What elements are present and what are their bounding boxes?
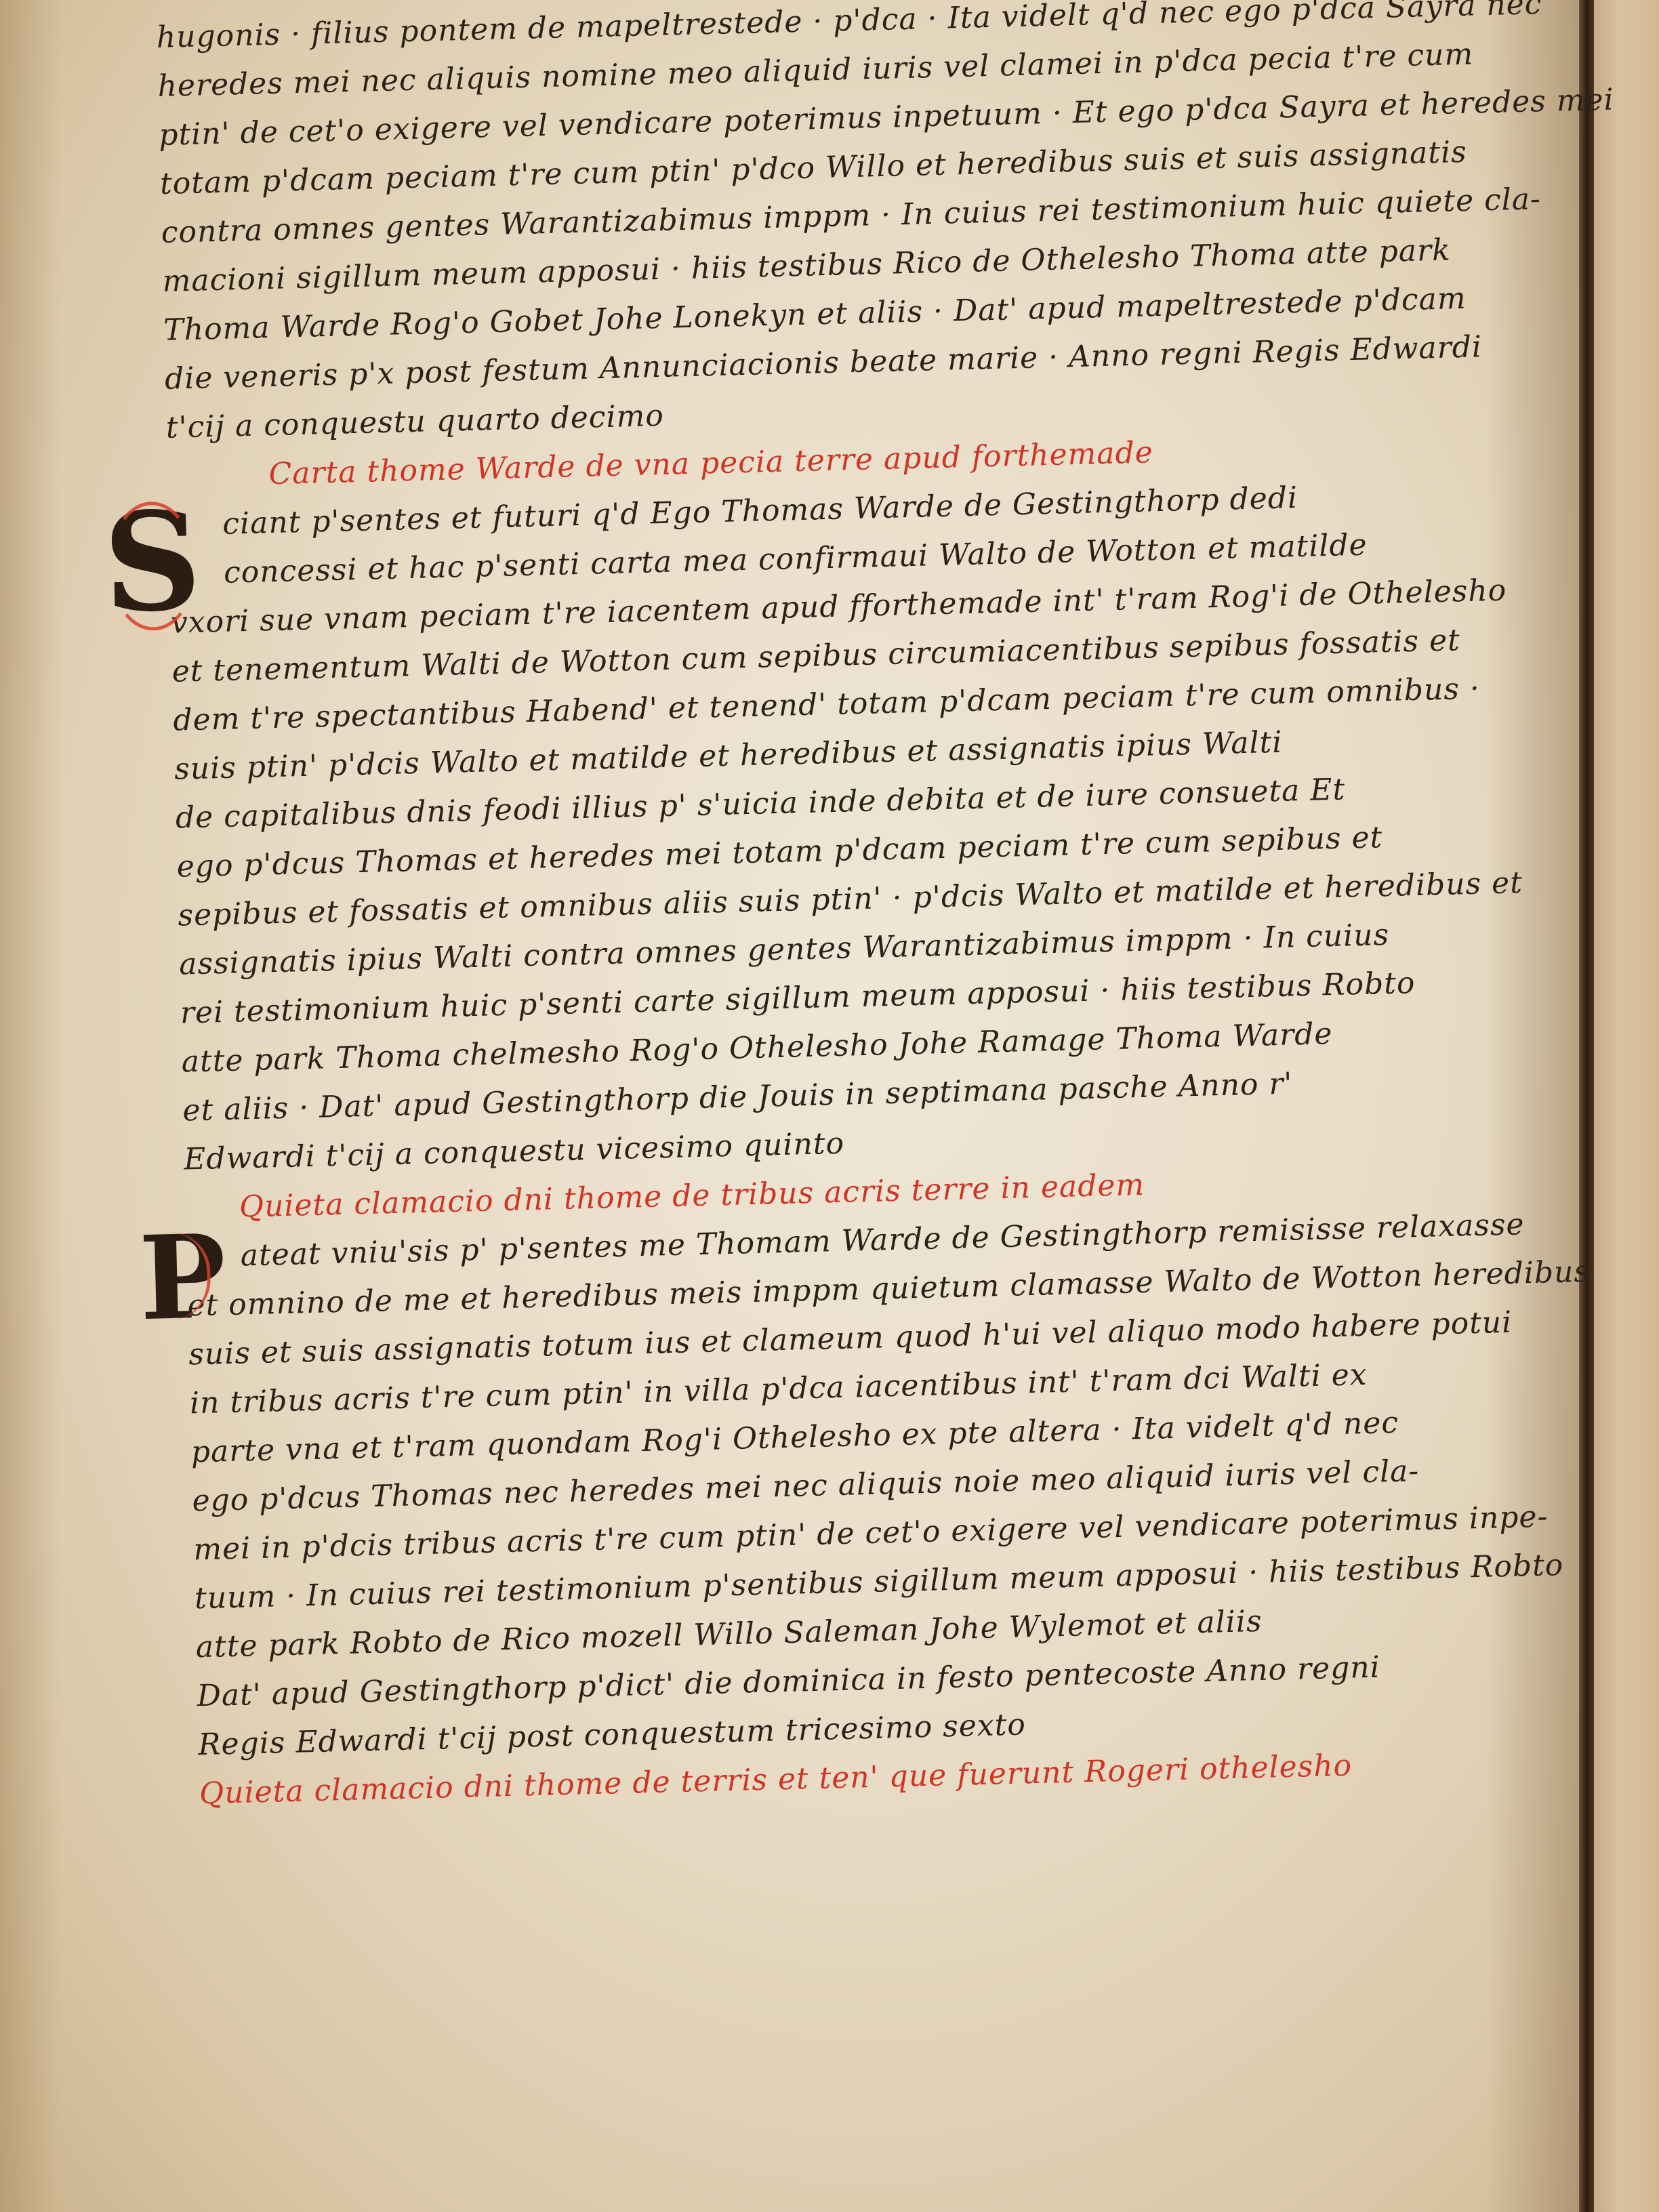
decorated-initial-p: P [138,1223,222,1333]
text-block: hugonis · filius pontem de mapeltrestede… [156,0,1548,1818]
charter-continuation: hugonis · filius pontem de mapeltrestede… [156,0,1515,453]
charter-thome-warde: S Carta thome Warde de vna pecia terre a… [167,419,1533,1184]
decorated-initial-s: S [100,494,205,639]
facing-page-edge [1594,0,1659,2212]
book-gutter [1579,0,1594,2212]
quitclaim-tribus-acris: P Quieta clamacio dni thome de tribus ac… [184,1151,1547,1769]
manuscript-photo: hugonis · filius pontem de mapeltrestede… [0,0,1659,2212]
